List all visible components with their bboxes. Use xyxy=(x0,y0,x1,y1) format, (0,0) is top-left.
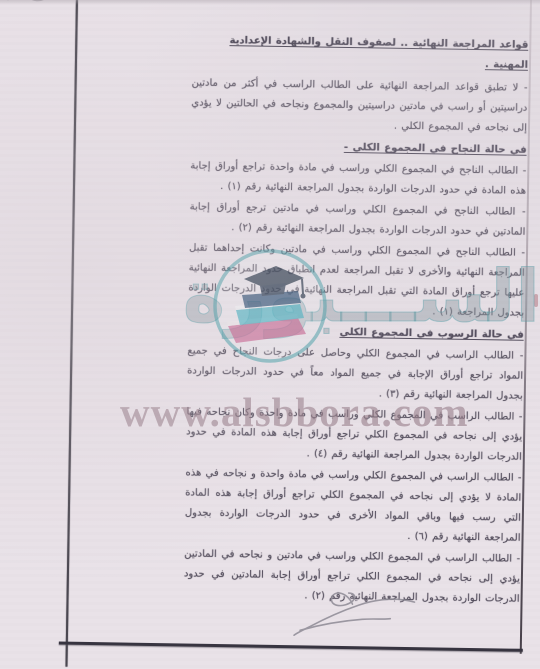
scanned-page: قواعد المراجعة النهائية .. لصفوف النقل و… xyxy=(0,0,540,669)
paragraph: - الطالب الناجح في المجموع الكلي وراسب ف… xyxy=(189,198,526,243)
document-body-text: قواعد المراجعة النهائية .. لصفوف النقل و… xyxy=(183,31,528,611)
intro-paragraph: - لا تطبق قواعد المراجعة النهائية على ال… xyxy=(191,74,528,139)
top-edge-pen-marks xyxy=(2,0,122,11)
scanned-document-page: { "page": { "type": "scanned-arabic-docu… xyxy=(0,0,540,669)
signature-scribble xyxy=(286,580,425,644)
paragraph: - الطالب الناجح في المجموع الكلي وراسب ف… xyxy=(188,239,525,324)
page-border-bottom xyxy=(59,642,523,652)
paragraph: - الطالب الناجح في المجموع الكلي وراسب ف… xyxy=(190,157,527,202)
paragraph: - الطالب الراسب في المجموع الكلي وراسب ف… xyxy=(186,402,523,467)
scan-edge-red-mark xyxy=(534,294,538,307)
document-title: قواعد المراجعة النهائية .. لصفوف النقل و… xyxy=(192,31,529,76)
paragraph: - الطالب الراسب في المجموع الكلي وحاصل ع… xyxy=(187,342,524,407)
page-border-left xyxy=(65,0,78,667)
paragraph: - الطالب الراسب في المجموع الكلي وراسب ف… xyxy=(184,463,521,548)
